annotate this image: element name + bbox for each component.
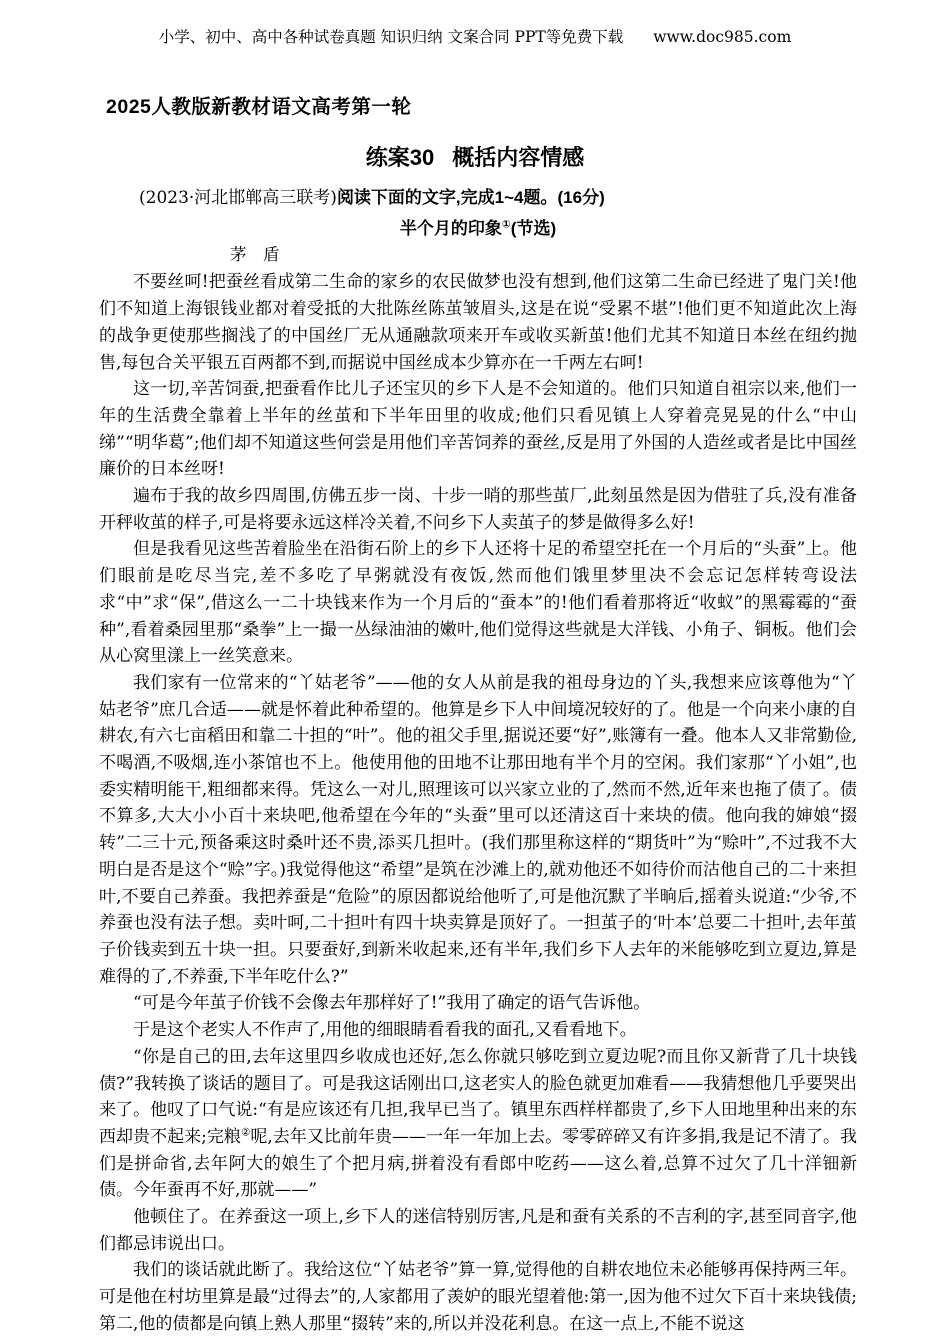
doc-header: 小学、初中、高中各种试卷真题 知识归纳 文案合同 PPT等免费下载www.doc…: [0, 0, 950, 47]
passage-paragraph: 不要丝呵!把蚕丝看成第二生命的家乡的农民做梦也没有想到,他们这第二生命已经进了鬼…: [99, 269, 857, 376]
passage-title-suffix: (节选): [511, 219, 556, 238]
exam-instruction: 阅读下面的文字,完成1~4题。: [337, 188, 558, 207]
passage-author: 茅 盾: [230, 242, 857, 267]
site-url: www.doc985.com: [653, 27, 791, 47]
passage-title: 半个月的印象①(节选): [99, 216, 857, 243]
passage-paragraph: 但是我看见这些苦着脸坐在沿街石阶上的乡下人还将十足的希望空托在一个月后的“头蚕”…: [99, 536, 857, 670]
passage-paragraph: 于是这个老实人不作声了,用他的细眼睛看看我的面孔,又看看地下。: [99, 1017, 857, 1044]
lesson-subject: 概括内容情感: [452, 144, 584, 172]
passage-paragraph: 我们家有一位常来的“丫姑老爷”——他的女人从前是我的祖母身边的丫头,我想来应该尊…: [99, 670, 857, 990]
passage-title-main: 半个月的印象: [400, 219, 502, 238]
footnote-ref-1: ①: [502, 218, 511, 230]
passage-paragraph: 我们的谈话就此断了。我给这位“丫姑老爷”算一算,觉得他的自耕农地位未必能够再保持…: [99, 1257, 857, 1337]
exam-points: (16分): [558, 188, 605, 207]
passage-paragraph: “可是今年茧子价钱不会像去年那样好了!”我用了确定的语气告诉他。: [99, 990, 857, 1017]
passage-paragraph: “你是自己的田,去年这里四乡收成也还好,怎么你就只够吃到立夏边呢?而且你又新背了…: [99, 1044, 857, 1204]
lesson-number: 练案30: [366, 145, 434, 170]
exam-intro-line: (2023·河北邯郸高三联考)阅读下面的文字,完成1~4题。(16分): [99, 185, 857, 212]
passage-paragraph: 他顿住了。在养蚕这一项上,乡下人的迷信特别厉害,凡是和蚕有关系的不吉利的字,甚至…: [99, 1204, 857, 1257]
header-promo-text: 小学、初中、高中各种试卷真题 知识归纳 文案合同 PPT等免费下载: [159, 28, 623, 46]
passage-paragraph: 遍布于我的故乡四周围,仿佛五步一岗、十步一哨的那些茧厂,此刻虽然是因为借驻了兵,…: [99, 483, 857, 536]
edition-title: 2025人教版新教材语文高考第一轮: [106, 95, 950, 119]
passage-paragraph: 这一切,辛苦饲蚕,把蚕看作比儿子还宝贝的乡下人是不会知道的。他们只知道自祖宗以来…: [99, 376, 857, 483]
exam-source: (2023·河北邯郸高三联考): [139, 188, 337, 208]
passage-content: (2023·河北邯郸高三联考)阅读下面的文字,完成1~4题。(16分) 半个月的…: [99, 185, 857, 1338]
exam-page: 小学、初中、高中各种试卷真题 知识归纳 文案合同 PPT等免费下载www.doc…: [0, 0, 950, 1344]
lesson-title: 练案30概括内容情感: [0, 144, 950, 172]
